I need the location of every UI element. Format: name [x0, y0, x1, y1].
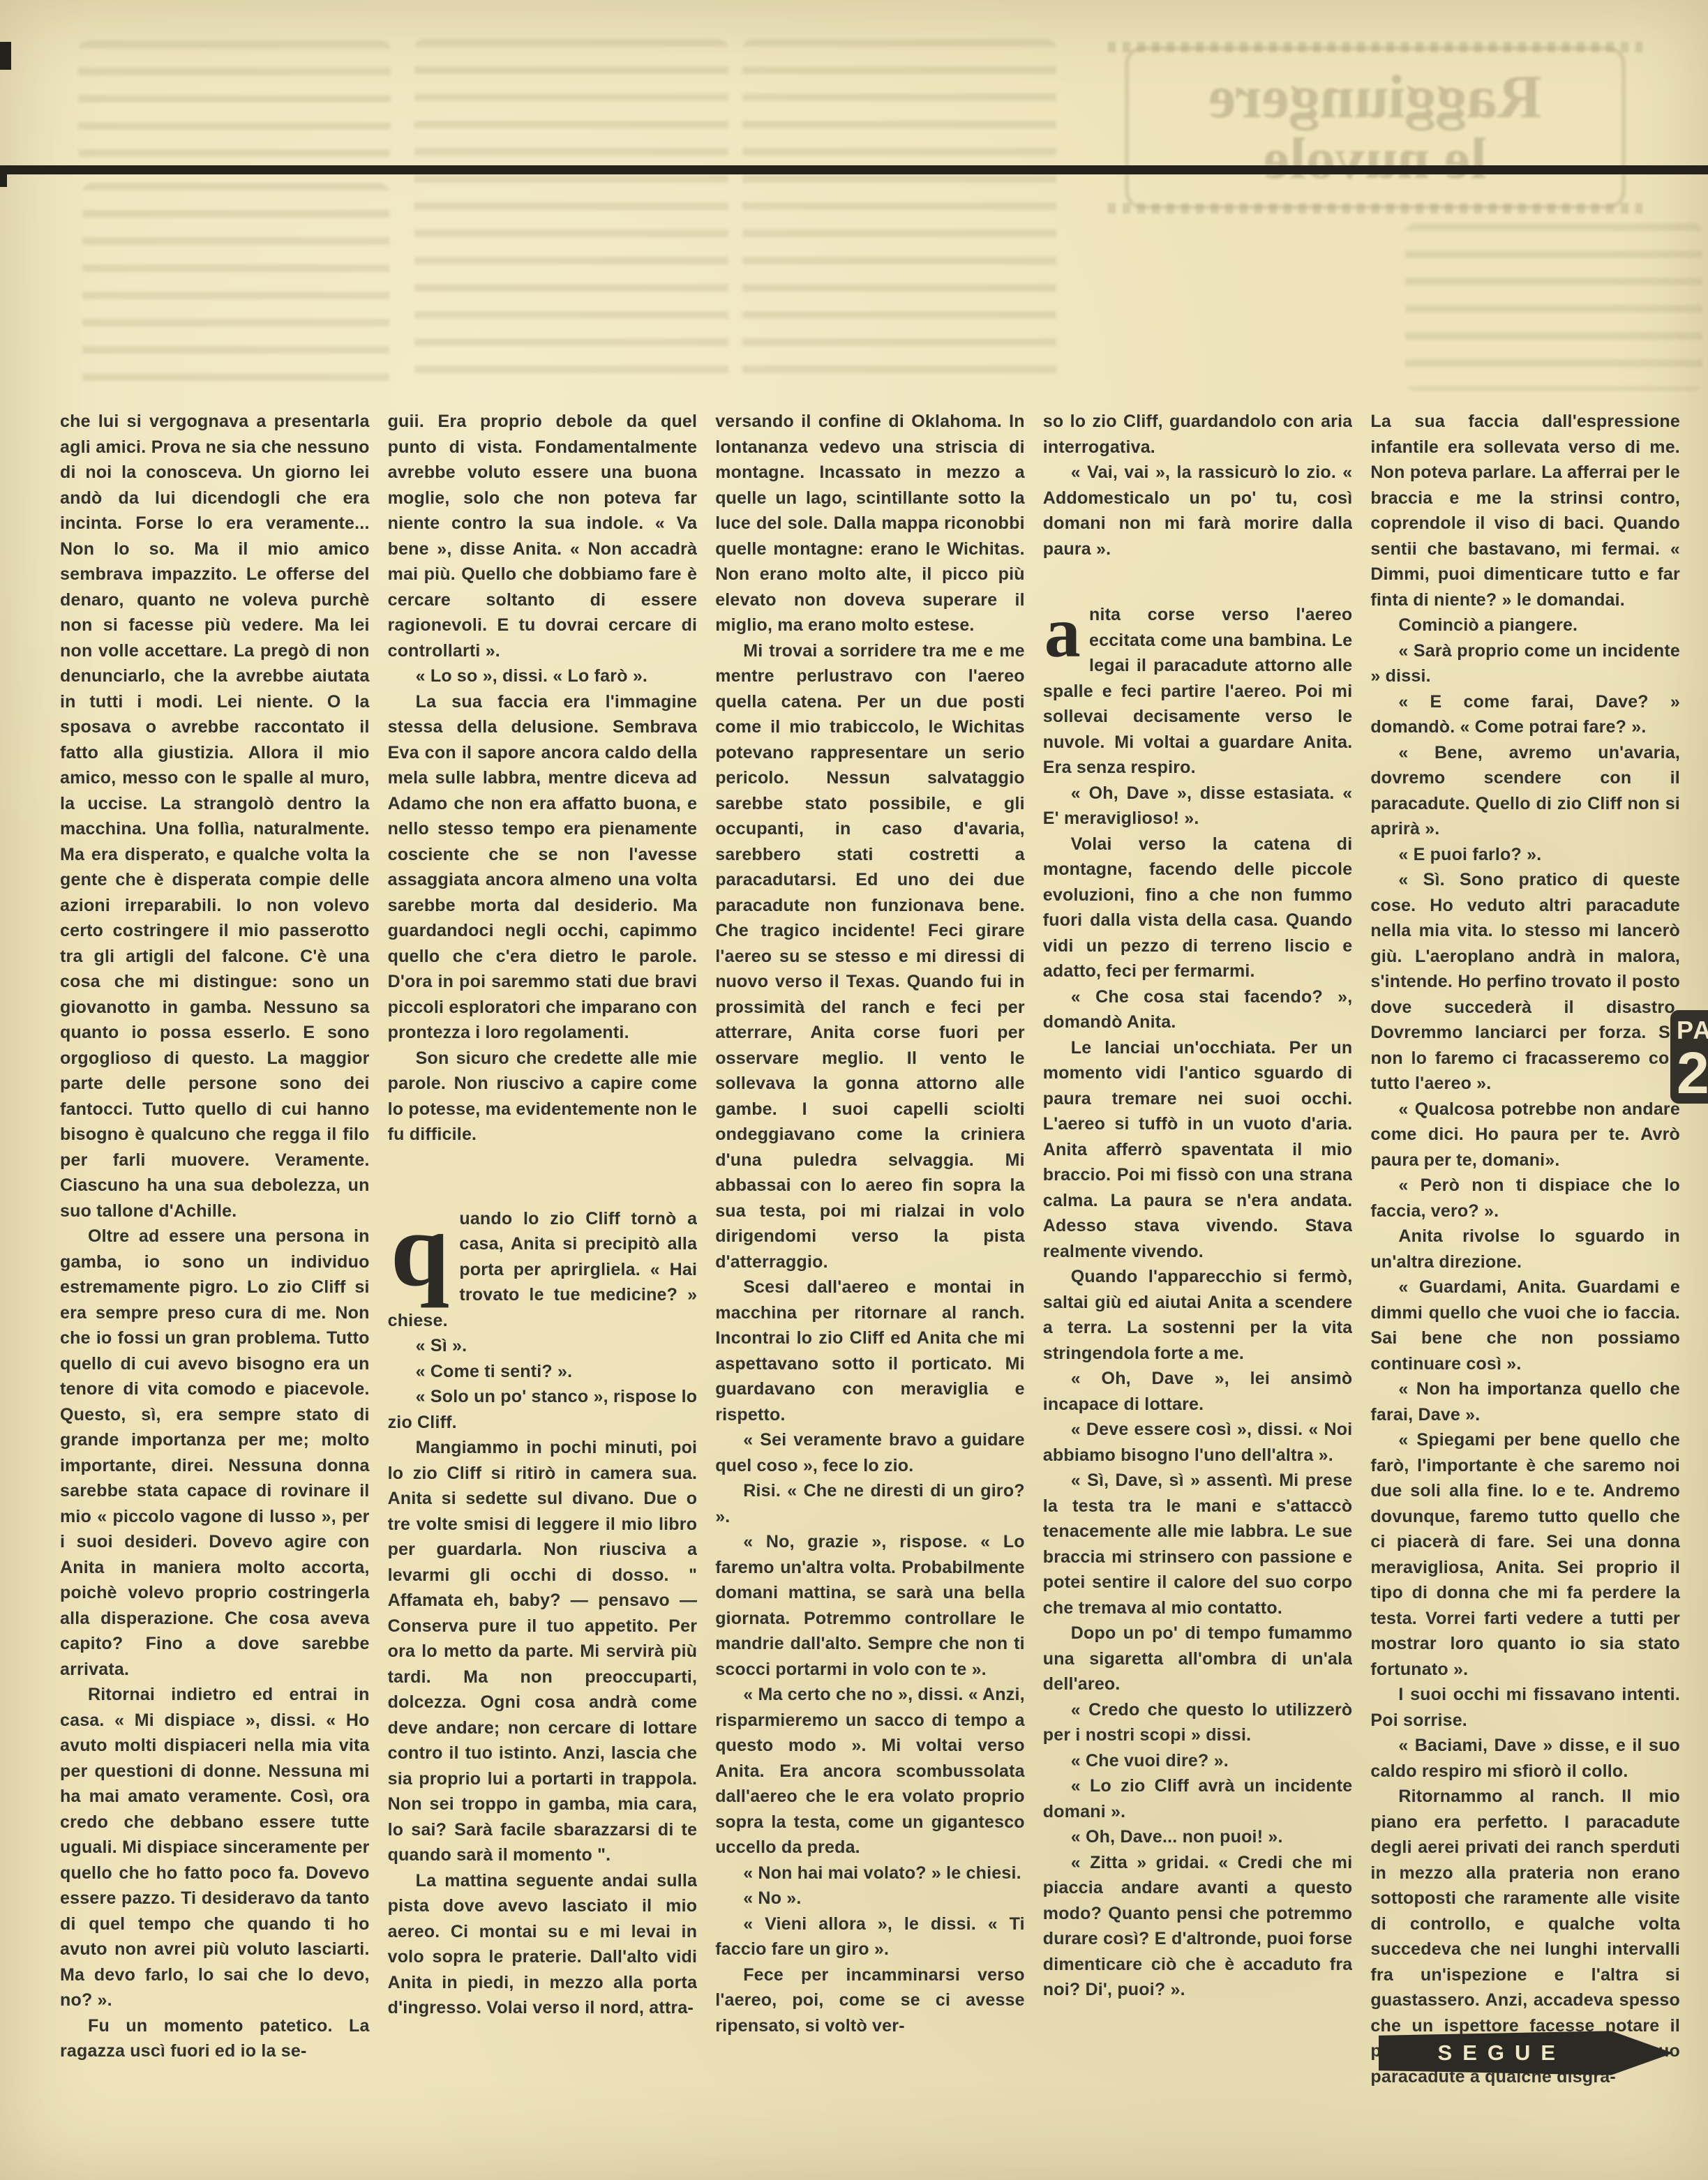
paragraph: « Spiegami per bene quello che farò, l'i… [1370, 1427, 1680, 1682]
bleedthrough-hatch [1108, 203, 1642, 213]
paragraph: « No ». [715, 1886, 1025, 1911]
paragraph: « Oh, Dave... non puoi! ». [1043, 1824, 1353, 1850]
paragraph: guii. Era proprio debole da quel punto d… [388, 409, 698, 663]
paragraph: La sua faccia dall'espressione infantile… [1370, 409, 1680, 612]
paragraph: « Però non ti dispiace che lo faccia, ve… [1370, 1173, 1680, 1224]
paragraph: Ritornai indietro ed entrai in casa. « M… [60, 1682, 370, 2013]
paragraph: « Sì ». [388, 1333, 698, 1359]
paragraph: « E come farai, Dave? » domandò. « Come … [1370, 689, 1680, 740]
paragraph: « E puoi farlo? ». [1370, 842, 1680, 868]
paragraph: Anita rivolse lo sguardo in un'altra dir… [1370, 1224, 1680, 1275]
paragraph: Le lanciai un'occhiata. Per un momento v… [1043, 1035, 1353, 1265]
paragraph: Risi. « Che ne diresti di un giro? ». [715, 1478, 1025, 1529]
paragraph: « Credo che questo lo utilizzerò per i n… [1043, 1697, 1353, 1748]
paragraph: « Vieni allora », le dissi. « Ti faccio … [715, 1911, 1025, 1962]
drop-cap: q [391, 1212, 450, 1288]
paragraph: « Come ti senti? ». [388, 1359, 698, 1385]
paragraph: Dopo un po' di tempo fumammo una sigaret… [1043, 1621, 1353, 1697]
paragraph: versando il confine di Oklahoma. In lont… [715, 409, 1025, 638]
header-rule [0, 165, 1708, 174]
paragraph: « Qualcosa potrebbe non andare come dici… [1370, 1097, 1680, 1173]
bleedthrough-title-box: Raggiungere le nuvole [1125, 46, 1626, 209]
paragraph: « Sarà proprio come un incidente » dissi… [1370, 638, 1680, 689]
bleedthrough-text-block [414, 39, 728, 392]
paragraph: I suoi occhi mi fissavano intenti. Poi s… [1370, 1682, 1680, 1733]
print-registration-mark [0, 42, 11, 70]
paragraph: « Lo zio Cliff avrà un incidente domani … [1043, 1773, 1353, 1824]
text-column-5: La sua faccia dall'espressione infantile… [1370, 409, 1680, 2118]
paragraph: Son sicuro che credette alle mie parole.… [388, 1046, 698, 1148]
paragraph: « Solo un po' stanco », rispose lo zio C… [388, 1384, 698, 1435]
paragraph: « Che vuoi dire? ». [1043, 1748, 1353, 1774]
paragraph: « Che cosa stai facendo? », domandò Anit… [1043, 984, 1353, 1035]
paragraph: Scesi dall'aereo e montai in macchina pe… [715, 1275, 1025, 1427]
article-columns: che lui si vergognava a presentarla agli… [60, 409, 1680, 2118]
paragraph: « Non hai mai volato? » le chiesi. [715, 1860, 1025, 1886]
paragraph: « Sì, Dave, sì » assentì. Mi prese la te… [1043, 1468, 1353, 1621]
paragraph: « Non ha importanza quello che farai, Da… [1370, 1376, 1680, 1427]
paragraph: « Zitta » gridai. « Credi che mi piaccia… [1043, 1850, 1353, 2003]
bleedthrough-text-block [78, 40, 391, 160]
text-column-3: versando il confine di Oklahoma. In lont… [715, 409, 1025, 2118]
paragraph: La sua faccia era l'immagine stessa dell… [388, 689, 698, 1046]
drop-cap: a [1044, 606, 1081, 660]
paragraph: Quando l'apparecchio si fermò, saltai gi… [1043, 1264, 1353, 1366]
paragraph: Oltre ad essere una persona in gamba, io… [60, 1224, 370, 1682]
paragraph: La mattina seguente andai sulla pista do… [388, 1868, 698, 2021]
section-break [1043, 562, 1353, 602]
paragraph: « Sì. Sono pratico di queste cose. Ho ve… [1370, 867, 1680, 1097]
paragraph: so lo zio Cliff, guardandolo con aria in… [1043, 409, 1353, 460]
text-column-2: guii. Era proprio debole da quel punto d… [388, 409, 698, 2118]
bleedthrough-text-block [742, 39, 1056, 392]
paragraph: « Baciami, Dave » disse, e il suo caldo … [1370, 1733, 1680, 1784]
paragraph: Volai verso la catena di montagne, facen… [1043, 832, 1353, 984]
paragraph: Mangiammo in pochi minuti, poi lo zio Cl… [388, 1435, 698, 1868]
paragraph: Mi trovai a sorridere tra me e me mentre… [715, 638, 1025, 1275]
paragraph: che lui si vergognava a presentarla agli… [60, 409, 370, 1224]
paragraph: « Guardami, Anita. Guardami e dimmi quel… [1370, 1275, 1680, 1376]
bleedthrough-title-line1: Raggiungere [1208, 66, 1541, 129]
paragraph: « Ma certo che no », dissi. « Anzi, risp… [715, 1682, 1025, 1860]
paragraph: « Oh, Dave », lei ansimò incapace di lot… [1043, 1366, 1353, 1417]
paragraph: « Vai, vai », la rassicurò lo zio. « Add… [1043, 460, 1353, 562]
paragraph: « Lo so », dissi. « Lo farò ». [388, 663, 698, 689]
bleedthrough-title-line2: le nuvole [1264, 129, 1487, 189]
paragraph: « No, grazie », rispose. « Lo faremo un'… [715, 1529, 1025, 1682]
page-number-tab: PA 2 [1670, 1010, 1708, 1104]
paragraph: « Sei veramente bravo a guidare quel cos… [715, 1427, 1025, 1478]
segue-label: SEGUE [1379, 2030, 1615, 2076]
text-column-1: che lui si vergognava a presentarla agli… [60, 409, 370, 2118]
bleedthrough-title: Raggiungere le nuvole [1129, 50, 1621, 205]
paragraph: anita corse verso l'aereo eccitata come … [1043, 602, 1353, 781]
magazine-page-scan: Raggiungere le nuvole che lui si vergogn… [0, 0, 1708, 2180]
paragraph: Fu un momento patetico. La ragazza uscì … [60, 2013, 370, 2064]
paragraph: Cominciò a piangere. [1370, 612, 1680, 638]
paragraph: « Oh, Dave », disse estasiata. « E' mera… [1043, 781, 1353, 832]
bleedthrough-text-block [82, 183, 389, 392]
paragraph: quando lo zio Cliff tornò a casa, Anita … [388, 1206, 698, 1334]
paragraph: Fece per incamminarsi verso l'aereo, poi… [715, 1962, 1025, 2039]
page-tab-number: 2 [1677, 1039, 1708, 1104]
bleedthrough-text-block [1405, 223, 1702, 391]
text-column-4: so lo zio Cliff, guardandolo con aria in… [1043, 409, 1353, 2118]
paragraph: « Deve essere così », dissi. « Noi abbia… [1043, 1417, 1353, 1468]
paragraph: « Bene, avremo un'avaria, dovremo scende… [1370, 740, 1680, 842]
